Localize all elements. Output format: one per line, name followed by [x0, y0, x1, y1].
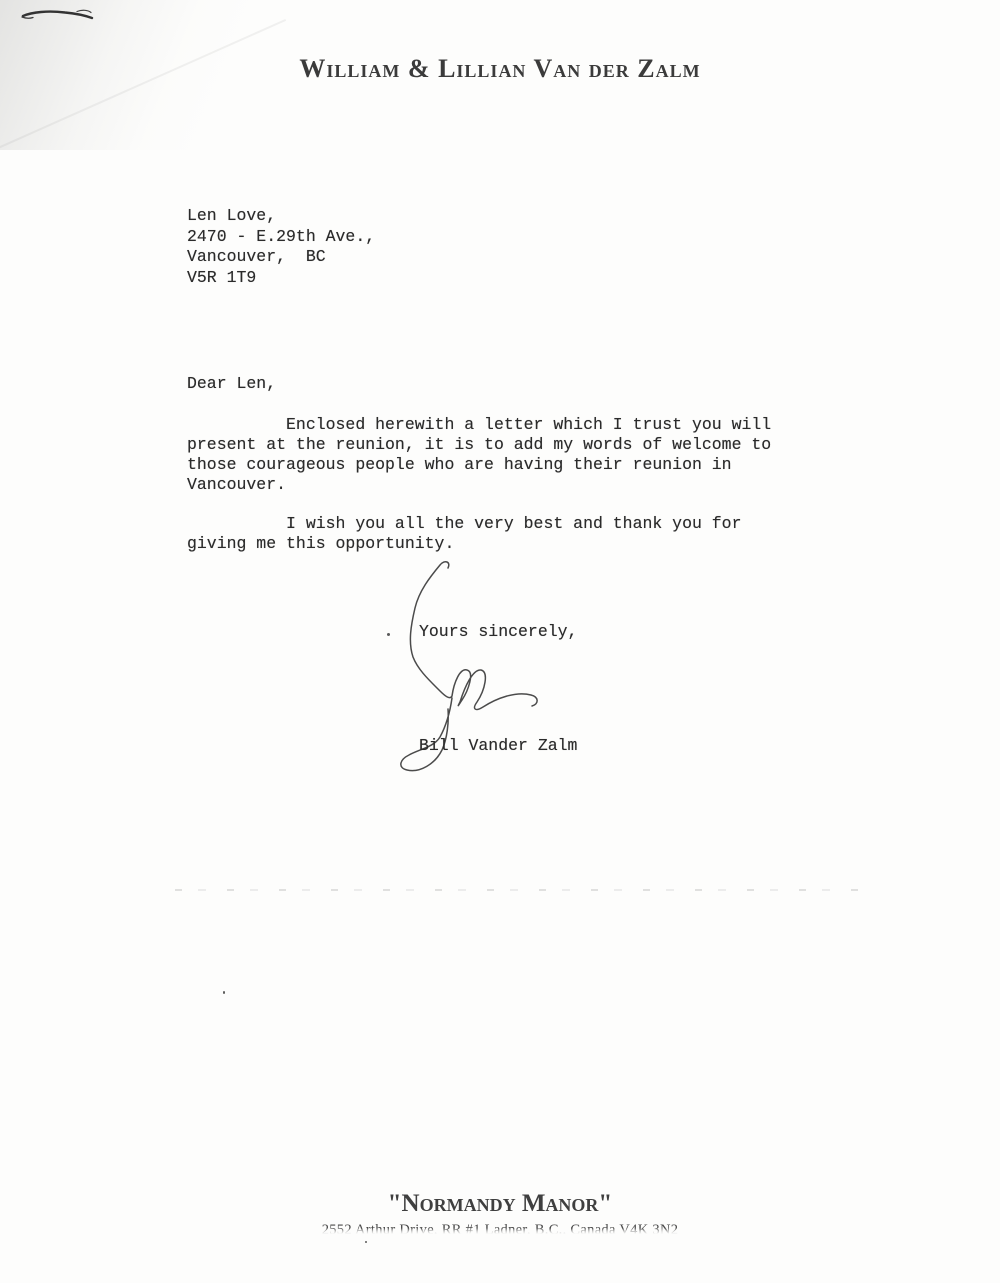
body-paragraph-1: Enclosed herewith a letter which I trust… — [187, 415, 771, 495]
footer-address-text: 2552 Arthur Drive, RR #1 Ladner, B.C., C… — [322, 1222, 679, 1235]
body-paragraph-2: I wish you all the very best and thank y… — [187, 514, 742, 554]
footer-address-clipped: 2552 Arthur Drive, RR #1 Ladner, B.C., C… — [0, 1221, 1000, 1235]
recipient-address: Len Love, 2470 - E.29th Ave., Vancouver,… — [187, 206, 375, 288]
scan-artifact-pen-mark — [20, 8, 98, 22]
scan-artifact-speck — [387, 633, 390, 636]
scan-artifact-dust-line — [175, 889, 865, 891]
scan-artifact-crease-line — [0, 19, 286, 155]
scanned-letter-page: William & Lillian Van der Zalm Len Love,… — [0, 0, 1000, 1283]
scan-artifact-speck — [223, 991, 225, 994]
letterhead-name: William & Lillian Van der Zalm — [0, 54, 1000, 84]
salutation: Dear Len, — [187, 374, 276, 394]
footer-estate-name: "Normandy Manor" — [0, 1190, 1000, 1218]
scan-artifact-speck — [365, 1241, 367, 1243]
signature-typed-name: Bill Vander Zalm — [419, 736, 577, 756]
